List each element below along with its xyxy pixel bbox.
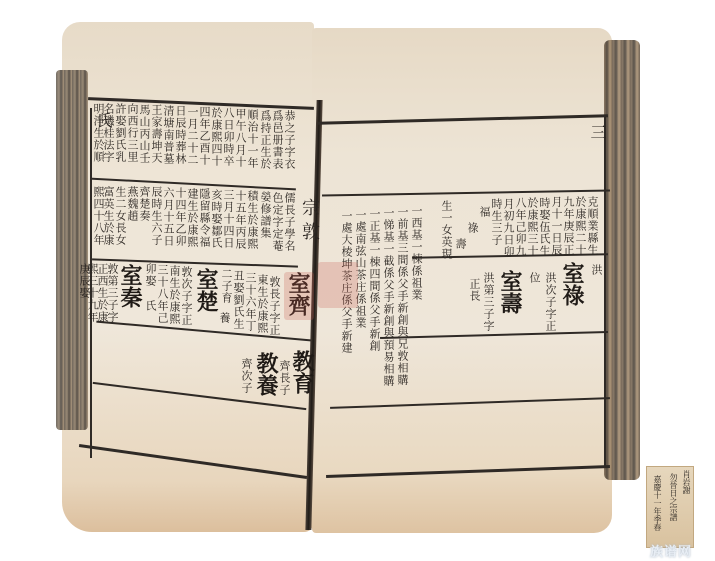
text-column: 東生於康熙	[256, 274, 269, 334]
text-column: 南生於康熙	[168, 265, 181, 325]
text-column: 三月十四日	[222, 189, 235, 249]
right-worn-edge	[604, 40, 640, 480]
text-column: 卯娶	[144, 263, 157, 287]
genealogy-book-photo: 氏 恭之子字衣 爲邑册書表 爲持正生於 順治十一年 甲午八月十 八日卯時卒 於康…	[0, 0, 715, 561]
heading-jiao-yu: 教育	[290, 350, 314, 394]
text-column: 月十一日辰	[550, 196, 563, 256]
text-column: 正長	[468, 278, 481, 302]
text-column: 建生於康熙	[186, 188, 199, 248]
heading-shi-qin: 室秦	[118, 264, 142, 308]
text-column: 六月十五日	[162, 187, 175, 247]
text-column: 庚辰娶	[78, 263, 91, 299]
text-column: 齊楚奏	[138, 186, 151, 222]
text-column: 克順業縣生	[586, 196, 599, 256]
text-column: 隱留縣令福	[198, 188, 211, 248]
text-column: 辰時生六子	[150, 186, 163, 246]
text-column: 時生三子	[490, 198, 503, 246]
text-column: 洪次子字正	[544, 272, 557, 332]
heading-jiao-yang: 教養	[254, 352, 278, 396]
text-column: 八日卯時卒	[222, 107, 235, 167]
text-column: 順治十一年	[246, 109, 259, 169]
left-worn-edge	[56, 70, 88, 430]
text-column: 四年乙酉十	[198, 106, 211, 166]
text-column: 爲邑册書表	[271, 110, 284, 170]
property-item: 一正基一棟四間係父手新創	[368, 208, 381, 352]
red-seal-stamp	[318, 262, 358, 308]
right-frame-line	[604, 116, 606, 468]
text-column: 壽	[454, 238, 467, 250]
left-center-head-2: 敦	[296, 222, 322, 240]
text-column: 恭之子字衣	[283, 110, 296, 170]
cover-text-column: 肖岩謝	[682, 470, 691, 494]
text-column: 祿	[466, 222, 479, 234]
text-column: 九年庚辰正	[562, 196, 575, 256]
inset-book-cover-thumbnail: 肖岩謝 勿晉日之宗譜 嘉慶十一年季春	[646, 466, 694, 548]
text-column: 十四年乙卯	[174, 187, 187, 247]
property-item: 一悌基一截係父手新創與預易相購	[382, 207, 395, 387]
text-column: 向西行三里	[126, 103, 139, 163]
property-item: 一前基三間係父手新創與兄敦相購	[396, 206, 409, 386]
text-column: 氏	[144, 300, 157, 312]
text-column: 於康熙四十	[210, 107, 223, 167]
heading-shi-chu: 室楚	[194, 268, 218, 312]
right-spine-title: 三	[586, 124, 609, 140]
text-column: 生二女長女	[114, 186, 127, 246]
text-column: 儒長子學名	[283, 192, 296, 252]
text-column: 二子育	[220, 268, 233, 304]
text-column: 於康熙二十	[574, 196, 587, 256]
text-column: 色定字定菴	[271, 192, 284, 252]
text-column: 燕魏趙	[126, 186, 139, 222]
text-column: 三十六年丁	[244, 272, 257, 332]
cover-text-column: 嘉慶十一年季春	[653, 475, 662, 531]
text-column: 八年己卯九	[514, 197, 527, 257]
text-column: 位	[528, 272, 541, 284]
text-column: 甲午八月十	[234, 108, 247, 168]
text-column: 馬山丙山壬	[138, 104, 151, 164]
text-column: 熙四十八年	[92, 186, 105, 246]
heading-shi-lu: 室祿	[560, 262, 584, 306]
site-watermark: 族谱网	[650, 541, 692, 560]
text-column: 齊次子	[240, 358, 253, 394]
heading-shi-shou: 室壽	[498, 270, 522, 314]
text-column: 養	[218, 312, 231, 324]
text-column: 於康熙三十	[526, 197, 539, 257]
text-column: 十五年丙辰	[234, 190, 247, 250]
red-seal-stamp	[284, 272, 314, 320]
text-column: 敦次子字正	[180, 266, 193, 326]
text-column: 爲持正生於	[259, 110, 272, 170]
text-column: 齊長子	[278, 360, 291, 396]
text-column: 一月二十二	[186, 106, 199, 166]
text-column: 福	[478, 206, 491, 218]
text-column: 丑娶劉氏生	[232, 270, 245, 330]
text-column: 王家壽坤天	[150, 104, 163, 164]
text-column: 日辰時葬林	[174, 105, 187, 165]
text-column: 月初九日卯	[502, 198, 515, 258]
text-column: 生一女英現	[440, 200, 453, 260]
cover-text-column: 勿晉日之宗譜	[669, 473, 678, 521]
text-column: 洪	[590, 264, 603, 276]
property-item: 一西基一棟係祖業	[410, 205, 423, 301]
text-column: 許娶劉氏乳	[114, 103, 127, 163]
text-column: 明淨生於順	[92, 103, 105, 163]
text-column: 亥時娶鄒氏	[210, 189, 223, 249]
text-column: 洪第三子字	[482, 272, 495, 332]
text-column: 積生於康熙	[246, 190, 259, 250]
text-column: 敦長子字正	[268, 276, 281, 336]
text-column: 時娶伍氏生	[538, 197, 551, 257]
left-center-head-1: 宗	[296, 198, 322, 216]
text-column: 嫈修譜集	[259, 191, 272, 239]
text-column: 清塘南普墓	[162, 105, 175, 165]
text-column: 三十八年己	[156, 264, 169, 324]
